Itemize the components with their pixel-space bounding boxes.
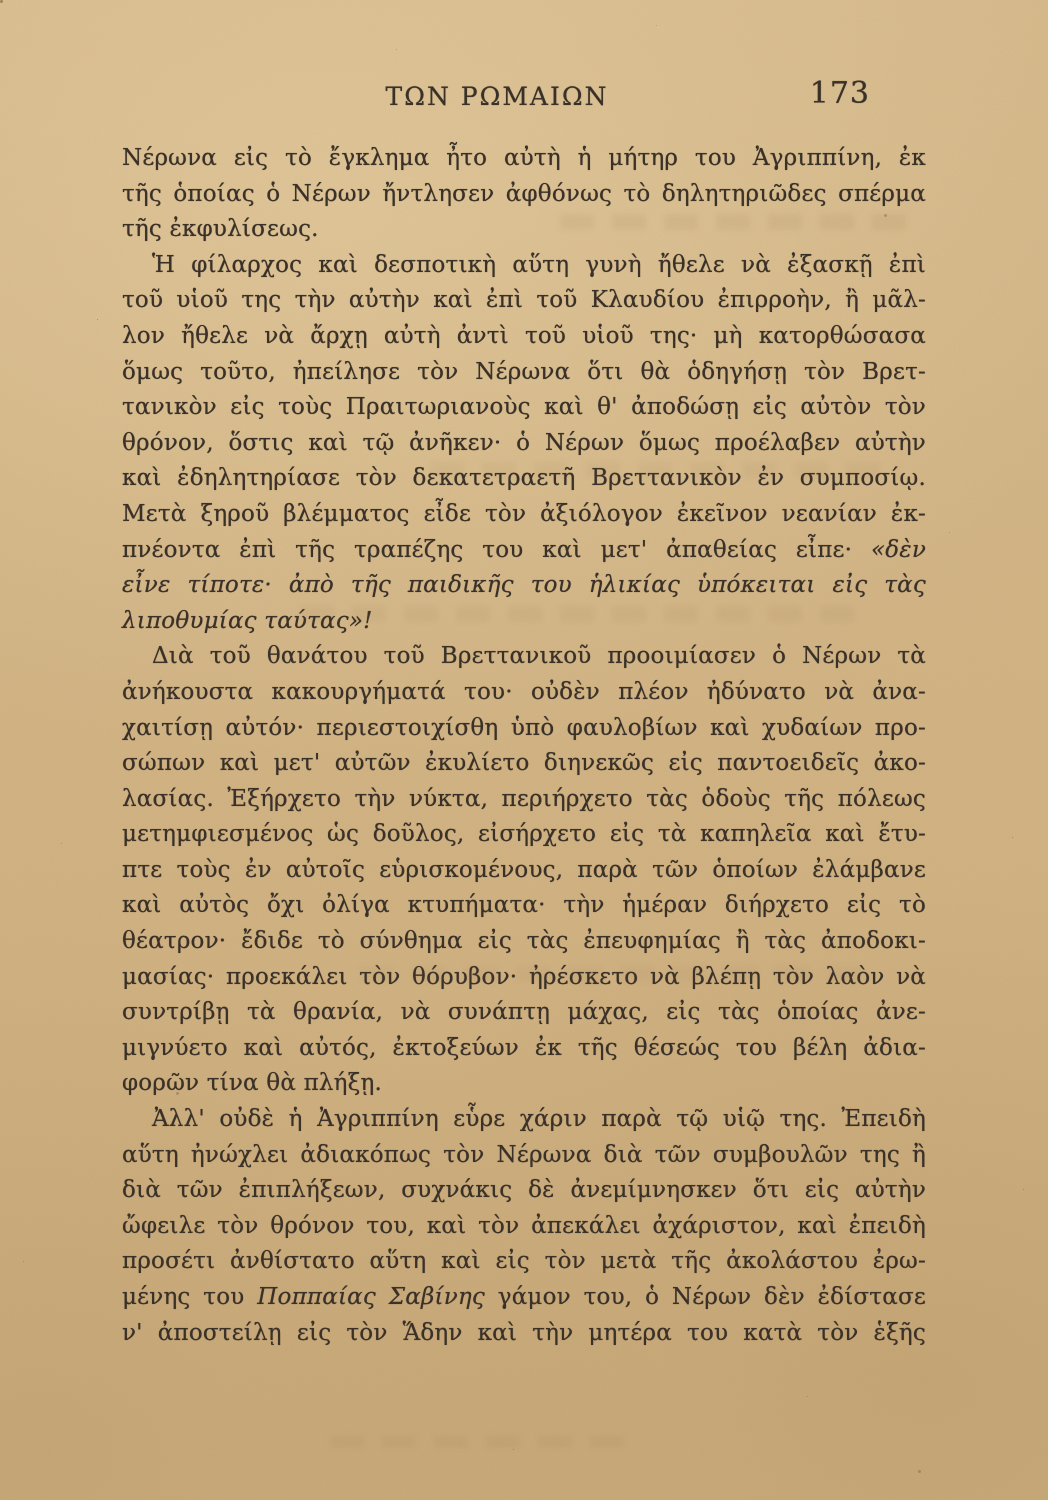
text-line: λον ἤθελε νὰ ἄρχῃ αὐτὴ ἀντὶ τοῦ υἱοῦ της… <box>122 319 926 355</box>
text-line: χαιτίσῃ αὐτόν· περιεστοιχίσθη ὑπὸ φαυλοβ… <box>122 711 926 747</box>
text-segment: Νέρωνα εἰς τὸ ἔγκλημα ἦτο αὐτὴ ἡ μήτηρ τ… <box>122 145 926 171</box>
text-segment: καὶ αὐτὸς ὄχι ὀλίγα κτυπήματα· τὴν ἡμέρα… <box>122 892 926 918</box>
text-line: ὤφειλε τὸν θρόνον του, καὶ τὸν ἀπεκάλει … <box>122 1209 926 1245</box>
text-segment: τοῦ υἱοῦ της τὴν αὐτὴν καὶ ἐπὶ τοῦ Κλαυδ… <box>122 287 926 313</box>
text-segment: μένης του <box>122 1284 257 1310</box>
text-line: τῆς ὁποίας ὁ Νέρων ἤντλησεν ἀφθόνως τὸ δ… <box>122 177 926 213</box>
text-line: μασίας· προεκάλει τὸν θόρυβον· ἠρέσκετο … <box>122 960 926 996</box>
show-through-ghost <box>330 1436 630 1448</box>
text-line: λιποθυμίας ταύτας»! <box>122 604 926 640</box>
text-line: τοῦ υἱοῦ της τὴν αὐτὴν καὶ ἐπὶ τοῦ Κλαυδ… <box>122 283 926 319</box>
text-segment: Μετὰ ξηροῦ βλέμματος εἶδε τὸν ἀξιόλογον … <box>122 501 926 527</box>
paragraph: Διὰ τοῦ θανάτου τοῦ Βρεττανικοῦ προοιμία… <box>122 639 926 1102</box>
page-body-text: Νέρωνα εἰς τὸ ἔγκλημα ἦτο αὐτὴ ἡ μήτηρ τ… <box>122 141 926 1351</box>
text-line: Ἡ φίλαρχος καὶ δεσποτικὴ αὕτη γυνὴ ἤθελε… <box>122 248 926 284</box>
text-line: καὶ αὐτὸς ὄχι ὀλίγα κτυπήματα· τὴν ἡμέρα… <box>122 888 926 924</box>
page-number: 173 <box>810 76 870 111</box>
text-segment: προσέτι ἀνθίστατο αὕτη καὶ εἰς τὸν μετὰ … <box>122 1248 926 1274</box>
text-line: πνέοντα ἐπὶ τῆς τραπέζης του καὶ μετ' ἀπ… <box>122 533 926 569</box>
text-line: τῆς ἐκφυλίσεως. <box>122 212 926 248</box>
text-segment: γάμον του, ὁ Νέρων δὲν ἐδίστασε <box>485 1284 926 1310</box>
italic-text-segment: Ποππαίας Σαβίνης <box>257 1284 485 1310</box>
paragraph: Νέρωνα εἰς τὸ ἔγκλημα ἦτο αὐτὴ ἡ μήτηρ τ… <box>122 141 926 248</box>
text-line: Ἀλλ' οὐδὲ ἡ Ἀγριππίνη εὗρε χάριν παρὰ τῷ… <box>122 1102 926 1138</box>
text-segment: πνέοντα ἐπὶ τῆς τραπέζης του καὶ μετ' ἀπ… <box>122 537 871 563</box>
text-segment: λον ἤθελε νὰ ἄρχῃ αὐτὴ ἀντὶ τοῦ υἱοῦ της… <box>122 323 926 349</box>
text-line: μένης του Ποππαίας Σαβίνης γάμον του, ὁ … <box>122 1280 926 1316</box>
text-segment: τῆς ἐκφυλίσεως. <box>122 216 319 242</box>
text-line: μιγνύετο καὶ αὐτός, ἐκτοξεύων ἐκ τῆς θέσ… <box>122 1031 926 1067</box>
text-segment: λασίας. Ἐξήρχετο τὴν νύκτα, περιήρχετο τ… <box>122 786 926 812</box>
text-line: ὅμως τοῦτο, ἠπείλησε τὸν Νέρωνα ὅτι θὰ ὁ… <box>122 355 926 391</box>
italic-text-segment: λιποθυμίας ταύτας»! <box>122 608 373 634</box>
text-segment: φορῶν τίνα θὰ πλήξῃ. <box>122 1070 382 1096</box>
text-segment: χαιτίσῃ αὐτόν· περιεστοιχίσθη ὑπὸ φαυλοβ… <box>122 715 926 741</box>
text-line: σώπων καὶ μετ' αὐτῶν ἐκυλίετο διηνεκῶς ε… <box>122 746 926 782</box>
text-line: τανικὸν εἰς τοὺς Πραιτωριανοὺς καὶ θ' ἀπ… <box>122 390 926 426</box>
text-line: εἶνε τίποτε· ἀπὸ τῆς παιδικῆς του ἡλικία… <box>122 568 926 604</box>
text-line: καὶ ἐδηλητηρίασε τὸν δεκατετραετῆ Βρεττα… <box>122 461 926 497</box>
text-segment: συντρίβῃ τὰ θρανία, νὰ συνάπτῃ μάχας, εἰ… <box>122 999 926 1025</box>
paragraph: Ἡ φίλαρχος καὶ δεσποτικὴ αὕτη γυνὴ ἤθελε… <box>122 248 926 640</box>
text-line: θρόνον, ὅστις καὶ τῷ ἀνῆκεν· ὁ Νέρων ὅμω… <box>122 426 926 462</box>
text-line: συντρίβῃ τὰ θρανία, νὰ συνάπτῃ μάχας, εἰ… <box>122 995 926 1031</box>
text-segment: ν' ἀποστείλῃ εἰς τὸν Ἅδην καὶ τὴν μητέρα… <box>122 1320 926 1346</box>
text-line: λασίας. Ἐξήρχετο τὴν νύκτα, περιήρχετο τ… <box>122 782 926 818</box>
text-line: Διὰ τοῦ θανάτου τοῦ Βρεττανικοῦ προοιμία… <box>122 639 926 675</box>
text-segment: πτε τοὺς ἐν αὐτοῖς εὑρισκομένους, παρὰ τ… <box>122 857 926 883</box>
text-line: Νέρωνα εἰς τὸ ἔγκλημα ἦτο αὐτὴ ἡ μήτηρ τ… <box>122 141 926 177</box>
paragraph: Ἀλλ' οὐδὲ ἡ Ἀγριππίνη εὗρε χάριν παρὰ τῷ… <box>122 1102 926 1351</box>
text-segment: θρόνον, ὅστις καὶ τῷ ἀνῆκεν· ὁ Νέρων ὅμω… <box>122 430 926 456</box>
text-segment: σώπων καὶ μετ' αὐτῶν ἐκυλίετο διηνεκῶς ε… <box>122 750 926 776</box>
text-segment: Ἡ φίλαρχος καὶ δεσποτικὴ αὕτη γυνὴ ἤθελε… <box>152 252 926 278</box>
text-line: πτε τοὺς ἐν αὐτοῖς εὑρισκομένους, παρὰ τ… <box>122 853 926 889</box>
text-segment: μιγνύετο καὶ αὐτός, ἐκτοξεύων ἐκ τῆς θέσ… <box>122 1035 926 1061</box>
text-line: προσέτι ἀνθίστατο αὕτη καὶ εἰς τὸν μετὰ … <box>122 1244 926 1280</box>
text-segment: διὰ τῶν ἐπιπλήξεων, συχνάκις δὲ ἀνεμίμνη… <box>122 1177 926 1203</box>
text-segment: ὤφειλε τὸν θρόνον του, καὶ τὸν ἀπεκάλει … <box>122 1213 926 1239</box>
italic-text-segment: εἶνε τίποτε· ἀπὸ τῆς παιδικῆς του ἡλικία… <box>122 572 926 598</box>
text-segment: τῆς ὁποίας ὁ Νέρων ἤντλησεν ἀφθόνως τὸ δ… <box>122 181 926 207</box>
book-page-scan: ΤΩΝ ΡΩΜΑΙΩΝ 173 Νέρωνα εἰς τὸ ἔγκλημα ἦτ… <box>0 0 1048 1500</box>
text-segment: καὶ ἐδηλητηρίασε τὸν δεκατετραετῆ Βρεττα… <box>122 465 926 491</box>
text-line: θέατρον· ἔδιδε τὸ σύνθημα εἰς τὰς ἐπευφη… <box>122 924 926 960</box>
running-header: ΤΩΝ ΡΩΜΑΙΩΝ 173 <box>0 0 1048 120</box>
text-line: αὕτη ἠνώχλει ἀδιακόπως τὸν Νέρωνα διὰ τῶ… <box>122 1138 926 1174</box>
text-line: Μετὰ ξηροῦ βλέμματος εἶδε τὸν ἀξιόλογον … <box>122 497 926 533</box>
text-segment: μετημφιεσμένος ὡς δοῦλος, εἰσήρχετο εἰς … <box>122 821 926 847</box>
italic-text-segment: «δὲν <box>871 537 926 563</box>
text-line: ν' ἀποστείλῃ εἰς τὸν Ἅδην καὶ τὴν μητέρα… <box>122 1316 926 1352</box>
text-segment: Ἀλλ' οὐδὲ ἡ Ἀγριππίνη εὗρε χάριν παρὰ τῷ… <box>152 1106 926 1132</box>
text-segment: ὅμως τοῦτο, ἠπείλησε τὸν Νέρωνα ὅτι θὰ ὁ… <box>122 359 926 385</box>
page-title: ΤΩΝ ΡΩΜΑΙΩΝ <box>386 82 609 111</box>
text-segment: ἀνήκουστα κακουργήματά του· οὐδὲν πλέον … <box>122 679 926 705</box>
text-segment: αὕτη ἠνώχλει ἀδιακόπως τὸν Νέρωνα διὰ τῶ… <box>122 1142 926 1168</box>
text-line: φορῶν τίνα θὰ πλήξῃ. <box>122 1066 926 1102</box>
text-segment: μασίας· προεκάλει τὸν θόρυβον· ἠρέσκετο … <box>122 964 926 990</box>
text-line: ἀνήκουστα κακουργήματά του· οὐδὲν πλέον … <box>122 675 926 711</box>
text-segment: Διὰ τοῦ θανάτου τοῦ Βρεττανικοῦ προοιμία… <box>152 643 926 669</box>
text-line: διὰ τῶν ἐπιπλήξεων, συχνάκις δὲ ἀνεμίμνη… <box>122 1173 926 1209</box>
text-line: μετημφιεσμένος ὡς δοῦλος, εἰσήρχετο εἰς … <box>122 817 926 853</box>
text-segment: τανικὸν εἰς τοὺς Πραιτωριανοὺς καὶ θ' ἀπ… <box>122 394 926 420</box>
text-segment: θέατρον· ἔδιδε τὸ σύνθημα εἰς τὰς ἐπευφη… <box>122 928 926 954</box>
